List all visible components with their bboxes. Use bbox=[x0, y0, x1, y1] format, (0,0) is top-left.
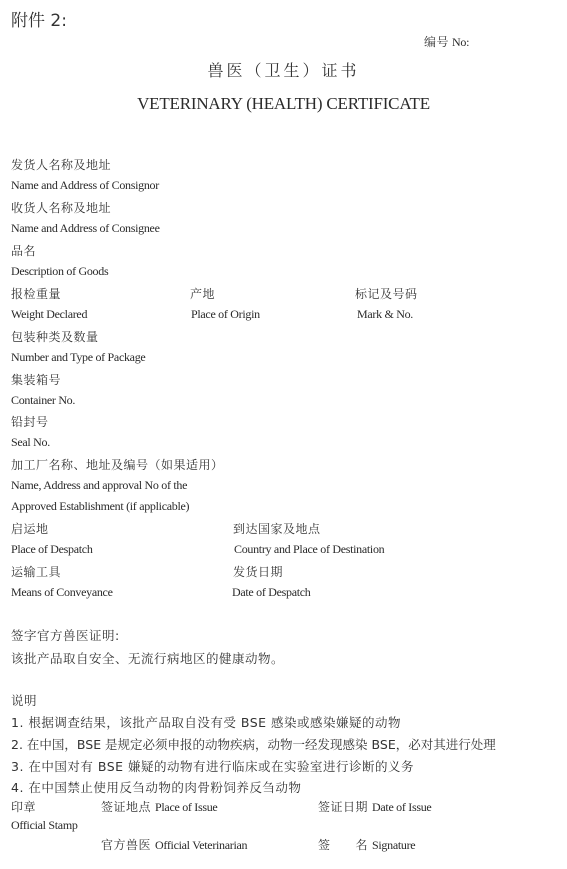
mark-label-en: Mark & No. bbox=[357, 307, 413, 322]
note-item: 4. 在中国禁止使用反刍动物的肉骨粉饲养反刍动物 bbox=[11, 778, 301, 796]
official-veterinarian-cn: 官方兽医 bbox=[101, 838, 151, 852]
consignee-label-en: Name and Address of Consignee bbox=[11, 221, 160, 236]
date-of-issue-en: Date of Issue bbox=[372, 800, 431, 814]
signature-cn: 签 名 bbox=[318, 838, 368, 852]
despatch-place-label-en: Place of Despatch bbox=[11, 542, 93, 557]
destination-label-en: Country and Place of Destination bbox=[234, 542, 384, 557]
place-of-issue-cn: 签证地点 bbox=[101, 800, 151, 814]
despatch-date-label-en: Date of Despatch bbox=[232, 585, 311, 600]
signature-label: 签 名 Signature bbox=[318, 836, 415, 854]
despatch-date-label-cn: 发货日期 bbox=[233, 563, 283, 580]
origin-label-en: Place of Origin bbox=[191, 307, 260, 322]
destination-label-cn: 到达国家及地点 bbox=[233, 520, 321, 537]
stamp-label-cn: 印章 bbox=[11, 798, 36, 815]
date-of-issue-cn: 签证日期 bbox=[318, 800, 368, 814]
consignor-label-cn: 发货人名称及地址 bbox=[11, 156, 111, 173]
number-label-cn: 编号 bbox=[424, 35, 449, 49]
date-of-issue-label: 签证日期 Date of Issue bbox=[318, 798, 431, 816]
official-veterinarian-label: 官方兽医 Official Veterinarian bbox=[101, 836, 247, 854]
notes-heading: 说明 bbox=[11, 691, 37, 709]
weight-label-cn: 报检重量 bbox=[11, 285, 61, 302]
certification-statement: 该批产品取自安全、无流行病地区的健康动物。 bbox=[11, 649, 284, 667]
stamp-label-en: Official Stamp bbox=[11, 818, 78, 833]
conveyance-label-cn: 运输工具 bbox=[11, 563, 61, 580]
container-label-cn: 集装箱号 bbox=[11, 371, 61, 388]
weight-label-en: Weight Declared bbox=[11, 307, 87, 322]
goods-label-cn: 品名 bbox=[11, 242, 36, 259]
despatch-place-label-cn: 启运地 bbox=[11, 520, 49, 537]
consignee-label-cn: 收货人名称及地址 bbox=[11, 199, 111, 216]
package-label-cn: 包装种类及数量 bbox=[11, 328, 99, 345]
place-of-issue-label: 签证地点 Place of Issue bbox=[101, 798, 217, 816]
note-item: 1. 根据调查结果，该批产品取自没有受 BSE 感染或感染嫌疑的动物 bbox=[11, 713, 401, 731]
container-label-en: Container No. bbox=[11, 393, 75, 408]
conveyance-label-en: Means of Conveyance bbox=[11, 585, 113, 600]
origin-label-cn: 产地 bbox=[190, 285, 215, 302]
place-of-issue-en: Place of Issue bbox=[155, 800, 217, 814]
note-item: 3. 在中国对有 BSE 嫌疑的动物有进行临床或在实验室进行诊断的义务 bbox=[11, 757, 414, 775]
consignor-label-en: Name and Address of Consignor bbox=[11, 178, 159, 193]
certificate-number-label: 编号 No: bbox=[424, 33, 469, 50]
number-label-en: No: bbox=[452, 35, 469, 49]
establishment-label-cn: 加工厂名称、地址及编号（如果适用） bbox=[11, 456, 224, 473]
seal-label-cn: 铅封号 bbox=[11, 413, 49, 430]
certification-heading: 签字官方兽医证明: bbox=[11, 626, 120, 644]
mark-label-cn: 标记及号码 bbox=[355, 285, 418, 302]
seal-label-en: Seal No. bbox=[11, 435, 50, 450]
establishment-label-en-line2: Approved Establishment (if applicable) bbox=[11, 499, 189, 514]
goods-label-en: Description of Goods bbox=[11, 264, 108, 279]
establishment-label-en-line1: Name, Address and approval No of the bbox=[11, 478, 187, 493]
package-label-en: Number and Type of Package bbox=[11, 350, 145, 365]
title-chinese: 兽医（卫生）证书 bbox=[0, 58, 567, 81]
attachment-label: 附件 2: bbox=[11, 6, 67, 31]
title-english: VETERINARY (HEALTH) CERTIFICATE bbox=[0, 94, 567, 114]
note-item: 2. 在中国，BSE 是规定必须申报的动物疾病，动物一经发现感染 BSE，必对其… bbox=[11, 735, 496, 753]
signature-en: Signature bbox=[372, 838, 415, 852]
official-veterinarian-en: Official Veterinarian bbox=[155, 838, 247, 852]
